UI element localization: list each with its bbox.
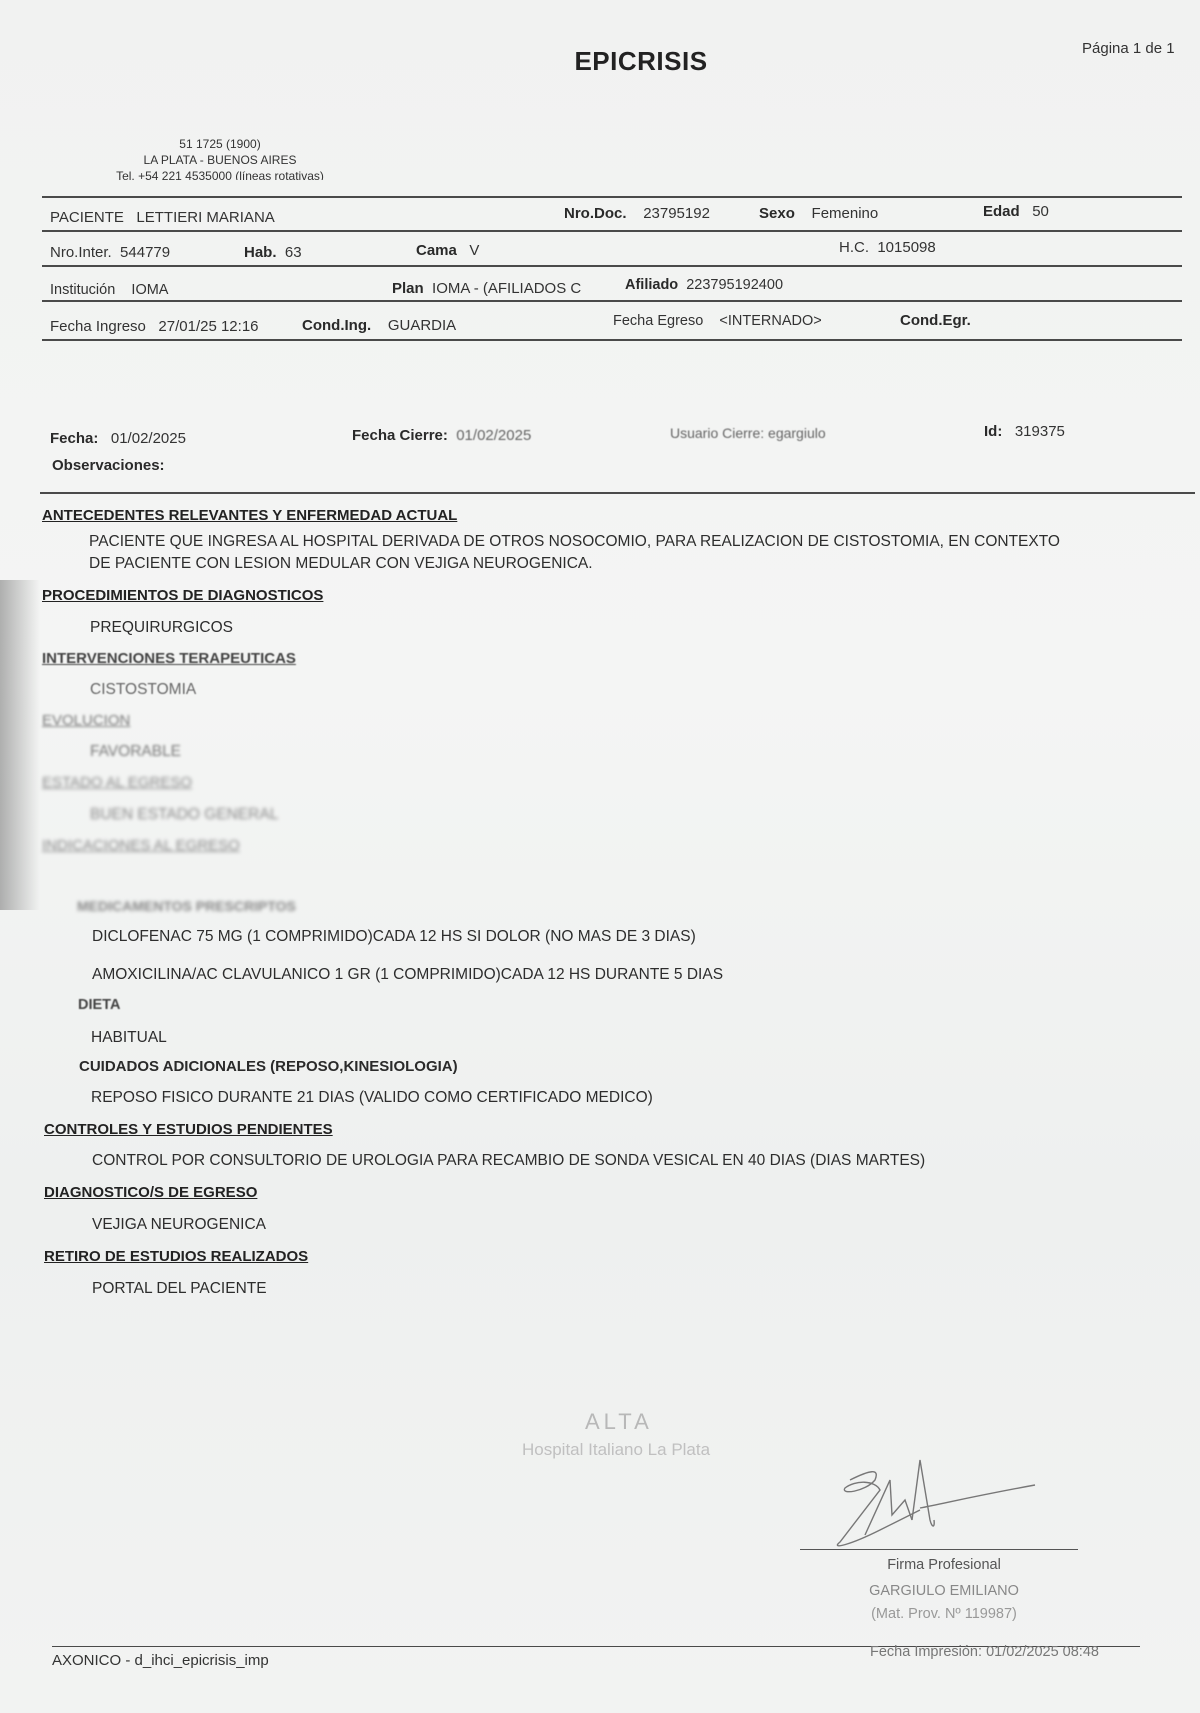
close-date-label: Fecha Cierre:	[352, 427, 448, 444]
doc-number: 23795192	[643, 205, 710, 222]
address-line: 51 1725 (1900)	[100, 136, 340, 152]
discharge-date-label: Fecha Egreso	[613, 313, 703, 329]
signature-line	[800, 1549, 1078, 1550]
cuidados-text: REPOSO FISICO DURANTE 21 DIAS (VALIDO CO…	[91, 1089, 653, 1107]
internment-label: Nro.Inter.	[50, 244, 112, 261]
print-date: 01/02/2025 08:48	[986, 1644, 1099, 1660]
discharge-stamp-hospital: Hospital Italiano La Plata	[522, 1440, 710, 1460]
divider	[42, 230, 1182, 232]
age: 50	[1032, 203, 1049, 220]
signer-license: (Mat. Prov. Nº 119987)	[824, 1606, 1064, 1622]
internment-number-field: Nro.Inter. 544779	[50, 244, 170, 261]
bed-label: Cama	[416, 242, 457, 259]
discharge-condition-field: Cond.Egr.	[900, 312, 971, 329]
medication-item: AMOXICILINA/AC CLAVULANICO 1 GR (1 COMPR…	[92, 966, 723, 984]
internment-number: 544779	[120, 244, 170, 261]
retiro-text: PORTAL DEL PACIENTE	[92, 1280, 267, 1298]
estado-egreso-text: BUEN ESTADO GENERAL	[90, 806, 278, 824]
admission-condition: GUARDIA	[388, 317, 456, 334]
page-number: Página 1 de 1	[1082, 40, 1175, 57]
discharge-date-field: Fecha Egreso <INTERNADO>	[613, 313, 822, 329]
antecedentes-line: DE PACIENTE CON LESION MEDULAR CON VEJIG…	[89, 555, 593, 573]
controles-text: CONTROL POR CONSULTORIO DE UROLOGIA PARA…	[92, 1152, 925, 1170]
hospital-address: 51 1725 (1900) LA PLATA - BUENOS AIRES T…	[100, 136, 340, 180]
record-id: 319375	[1015, 423, 1065, 440]
print-date-field: Fecha Impresión: 01/02/2025 08:48	[870, 1644, 1099, 1660]
plan-label: Plan	[392, 280, 424, 297]
plan: IOMA - (AFILIADOS C	[432, 280, 581, 297]
section-intervenciones-title: INTERVENCIONES TERAPEUTICAS	[42, 650, 296, 667]
section-evolucion-title: EVOLUCION	[42, 712, 130, 729]
section-indicaciones-egreso-title: INDICACIONES AL EGRESO	[42, 837, 240, 854]
dieta-title: DIETA	[78, 997, 120, 1013]
sex: Femenino	[812, 205, 879, 222]
discharge-condition-label: Cond.Egr.	[900, 312, 971, 329]
signature-label: Firma Profesional	[824, 1557, 1064, 1573]
close-user-field: Usuario Cierre: egargiulo	[670, 425, 826, 441]
diagnosticos-text: VEJIGA NEUROGENICA	[92, 1216, 266, 1234]
section-estado-egreso-title: ESTADO AL EGRESO	[42, 774, 192, 791]
sex-field: Sexo Femenino	[759, 205, 878, 222]
handwritten-signature-icon	[820, 1450, 1050, 1550]
print-date-label: Fecha Impresión:	[870, 1644, 982, 1660]
medication-item: DICLOFENAC 75 MG (1 COMPRIMIDO)CADA 12 H…	[92, 928, 696, 946]
discharge-date: <INTERNADO>	[719, 313, 821, 329]
procedimientos-text: PREQUIRURGICOS	[90, 619, 233, 637]
divider	[42, 300, 1182, 302]
record-date-field: Fecha: 01/02/2025	[50, 430, 186, 447]
discharge-stamp-title: ALTA	[585, 1409, 653, 1435]
age-field: Edad 50	[983, 203, 1049, 220]
section-retiro-title: RETIRO DE ESTUDIOS REALIZADOS	[44, 1248, 308, 1265]
admission-date-field: Fecha Ingreso 27/01/25 12:16	[50, 318, 259, 335]
record-id-field: Id: 319375	[984, 423, 1065, 440]
address-line: Tel. +54 221 4535000 (líneas rotativas)	[100, 168, 340, 180]
divider	[40, 492, 1195, 494]
clinical-history: 1015098	[877, 239, 935, 256]
record-date-label: Fecha:	[50, 430, 98, 447]
patient-name-field: PACIENTE LETTIERI MARIANA	[50, 209, 275, 226]
record-id-label: Id:	[984, 423, 1002, 440]
patient-label: PACIENTE	[50, 209, 124, 226]
medication-text: DICLOFENAC 75 MG (1 COMPRIMIDO)CADA 12 H…	[92, 928, 696, 945]
divider	[42, 196, 1182, 198]
clinical-history-field: H.C. 1015098	[839, 239, 936, 256]
room-label: Hab.	[244, 244, 277, 261]
medicamentos-title: MEDICAMENTOS PRESCRIPTOS	[77, 898, 296, 914]
dieta-text: HABITUAL	[91, 1029, 167, 1047]
divider	[42, 339, 1182, 341]
intervenciones-text: CISTOSTOMIA	[90, 681, 196, 699]
plan-field: Plan IOMA - (AFILIADOS C	[392, 280, 581, 297]
medication-text: AMOXICILINA/AC CLAVULANICO 1 GR (1 COMPR…	[92, 966, 723, 983]
clinical-history-label: H.C.	[839, 239, 869, 256]
cuidados-title: CUIDADOS ADICIONALES (REPOSO,KINESIOLOGI…	[79, 1058, 458, 1075]
section-diagnosticos-title: DIAGNOSTICO/S DE EGRESO	[44, 1184, 257, 1201]
section-procedimientos-title: PROCEDIMIENTOS DE DIAGNOSTICOS	[42, 587, 323, 604]
patient-name: LETTIERI MARIANA	[136, 209, 274, 226]
sex-label: Sexo	[759, 205, 795, 222]
record-date: 01/02/2025	[111, 430, 186, 447]
close-date: 01/02/2025	[456, 427, 531, 444]
close-date-field: Fecha Cierre: 01/02/2025	[352, 427, 531, 444]
scan-shadow	[0, 580, 40, 910]
affiliate: 223795192400	[686, 277, 783, 293]
admission-date: 27/01/25 12:16	[158, 318, 258, 335]
evolucion-text: FAVORABLE	[90, 743, 181, 761]
system-identifier: AXONICO - d_ihci_epicrisis_imp	[52, 1652, 269, 1669]
bed: V	[469, 242, 479, 259]
admission-condition-label: Cond.Ing.	[302, 317, 371, 334]
section-controles-title: CONTROLES Y ESTUDIOS PENDIENTES	[44, 1121, 333, 1138]
signer-name: GARGIULO EMILIANO	[824, 1583, 1064, 1599]
admission-date-label: Fecha Ingreso	[50, 318, 146, 335]
observations-label: Observaciones:	[52, 457, 165, 474]
age-label: Edad	[983, 203, 1020, 220]
affiliate-field: Afiliado 223795192400	[625, 277, 783, 293]
affiliate-label: Afiliado	[625, 277, 678, 293]
document-title: EPICRISIS	[0, 46, 1200, 77]
institution: IOMA	[131, 282, 168, 298]
institution-field: Institución IOMA	[50, 282, 168, 298]
institution-label: Institución	[50, 282, 115, 298]
antecedentes-line: PACIENTE QUE INGRESA AL HOSPITAL DERIVAD…	[89, 533, 1060, 551]
admission-condition-field: Cond.Ing. GUARDIA	[302, 317, 456, 334]
close-user: egargiulo	[768, 425, 826, 441]
address-line: LA PLATA - BUENOS AIRES	[100, 152, 340, 168]
doc-number-label: Nro.Doc.	[564, 205, 627, 222]
doc-number-field: Nro.Doc. 23795192	[564, 205, 710, 222]
room: 63	[285, 244, 302, 261]
divider	[42, 265, 1182, 267]
close-user-label: Usuario Cierre:	[670, 425, 764, 441]
room-field: Hab. 63	[244, 244, 302, 261]
bed-field: Cama V	[416, 242, 479, 259]
section-antecedentes-title: ANTECEDENTES RELEVANTES Y ENFERMEDAD ACT…	[42, 507, 457, 524]
